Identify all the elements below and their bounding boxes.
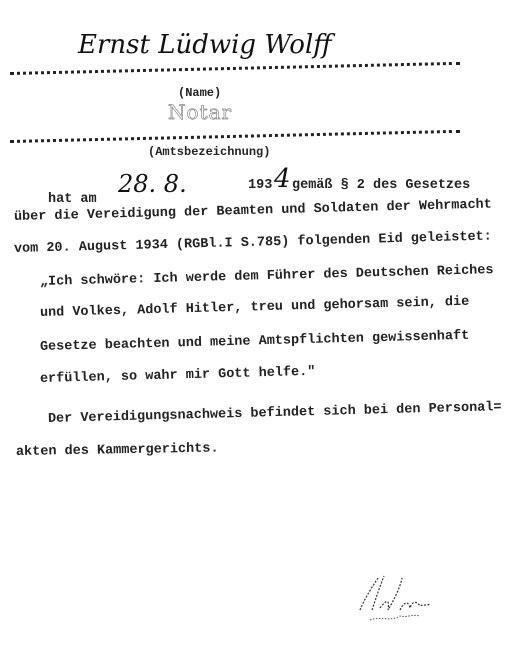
name-dotted-line — [10, 62, 460, 75]
oath-line-4: erfüllen, so wahr mir Gott helfe." — [40, 365, 316, 387]
handwritten-name: Ernst Lüdwig Wolff — [78, 30, 332, 60]
handwritten-date: 28. 8. — [118, 170, 187, 198]
body-line-2: vom 20. August 1934 (RGBl.I S.785) folge… — [14, 229, 492, 257]
oath-line-2: und Volkes, Adolf Hitler, treu und gehor… — [40, 295, 470, 321]
closing-line-2: akten des Kammergerichts. — [16, 441, 219, 460]
handwritten-year-digit: 4 — [274, 164, 291, 194]
oath-line-3: Gesetze beachten und meine Amtspflichten… — [40, 329, 470, 355]
date-suffix: gemäß § 2 des Gesetzes — [292, 178, 470, 193]
title-stamp: Notar — [168, 100, 232, 124]
date-prefix: hat am — [48, 192, 97, 207]
closing-line-1: Der Vereidigungsnachweis befindet sich b… — [48, 400, 502, 427]
name-label: (Name) — [178, 86, 221, 100]
year-typed: 193 — [248, 178, 272, 193]
title-label: (Amtsbezeichnung) — [148, 145, 270, 159]
oath-line-1: „Ich schwöre: Ich werde dem Führer des D… — [40, 263, 494, 290]
signature-image — [350, 570, 450, 630]
title-dotted-line — [10, 130, 460, 143]
